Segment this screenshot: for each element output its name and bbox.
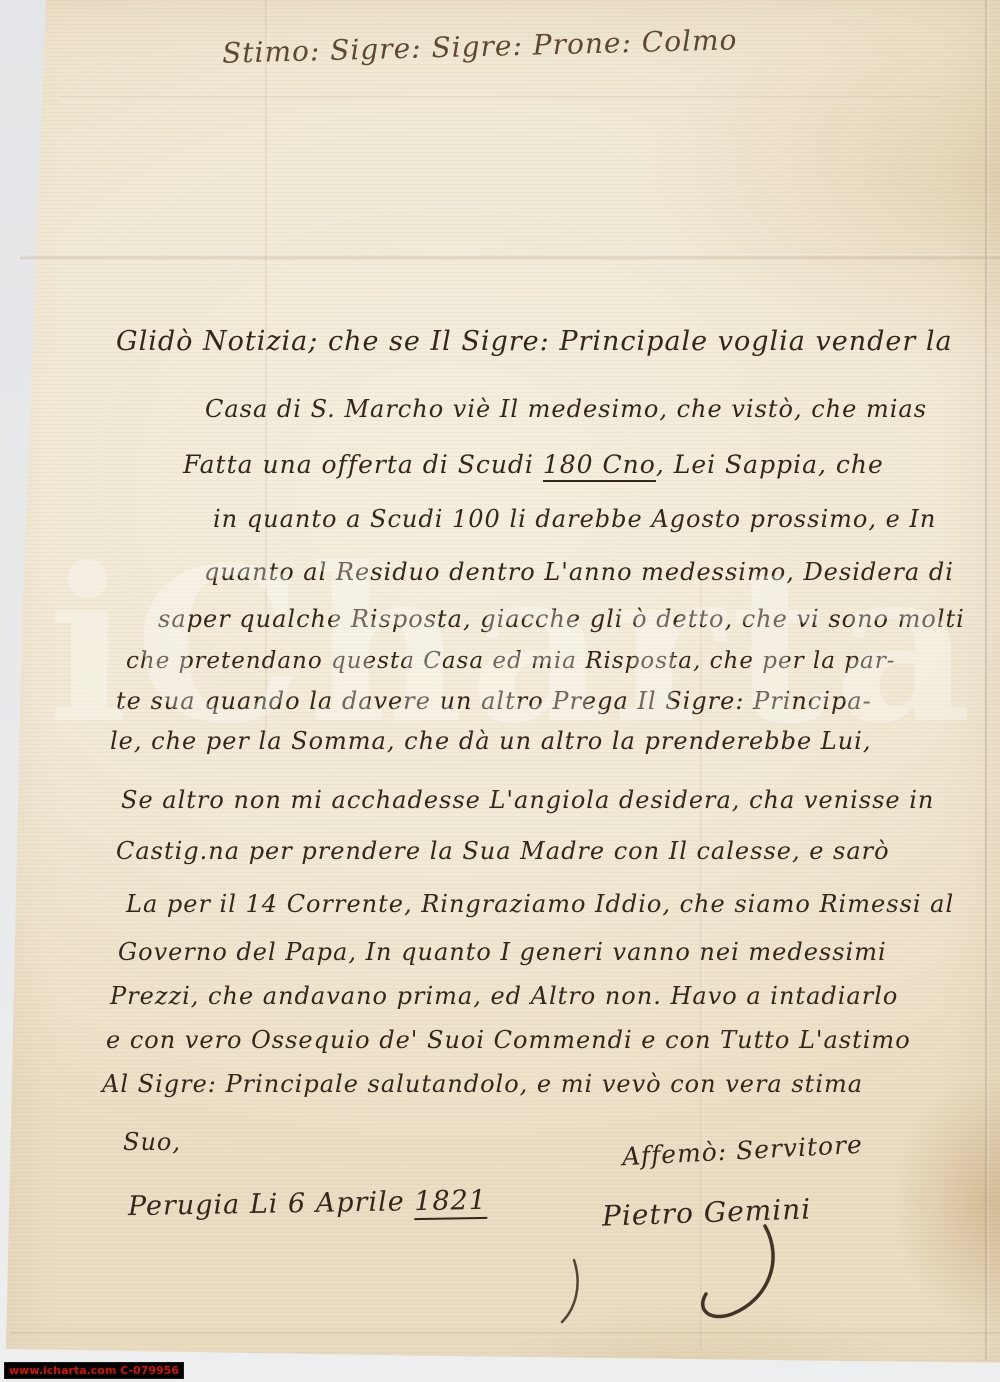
body-line: Governo del Papa, In quanto I generi van… — [118, 938, 887, 966]
body-line-segment: , Lei Sappia, che — [656, 450, 884, 479]
archive-source-label: www.icharta.com C-079956 — [4, 1362, 184, 1379]
body-line: Glidò Notizia; che se Il Sigre: Principa… — [116, 326, 953, 357]
body-line: in quanto a Scudi 100 li darebbe Agosto … — [213, 505, 936, 533]
body-line-segment: Fatta una offerta di Scudi — [183, 450, 543, 479]
body-line: Se altro non mi acchadesse L'angiola des… — [121, 786, 934, 814]
body-line: saper qualche Risposta, giacche gli ò de… — [158, 605, 965, 633]
body-line: Al Sigre: Principale salutandolo, e mi v… — [102, 1070, 863, 1098]
body-line: te sua quando la davere un altro Prega I… — [116, 687, 872, 715]
dateline: Perugia Li 6 Aprile 1821 — [128, 1185, 487, 1222]
scanned-letter-page: Stimo: Sigre: Sigre: Prone: Colmo Glidò … — [0, 0, 1000, 1382]
body-line: Castig.na per prendere la Sua Madre con … — [116, 837, 890, 865]
body-line: che pretendano questa Casa ed mia Rispos… — [126, 648, 895, 674]
place-date-text: Perugia Li 6 Aprile — [128, 1186, 415, 1222]
signature-flourish-icon — [540, 1222, 810, 1337]
body-line: quanto al Residuo dentro L'anno medessim… — [204, 558, 954, 586]
body-line: e con vero Ossequio de' Suoi Commendi e … — [106, 1026, 911, 1054]
underlined-offer-amount: 180 Cno — [543, 450, 656, 482]
underlined-year: 1821 — [414, 1185, 487, 1220]
body-line: le, che per la Somma, che dà un altro la… — [110, 727, 871, 755]
body-line: La per il 14 Corrente, Ringraziamo Iddio… — [126, 890, 954, 918]
body-line: Fatta una offerta di Scudi 180 Cno, Lei … — [183, 450, 884, 479]
body-line: Casa di S. Marcho viè Il medesimo, che v… — [205, 395, 927, 423]
body-line: Prezzi, che andavano prima, ed Altro non… — [110, 982, 898, 1010]
body-line: Suo, — [123, 1128, 181, 1156]
